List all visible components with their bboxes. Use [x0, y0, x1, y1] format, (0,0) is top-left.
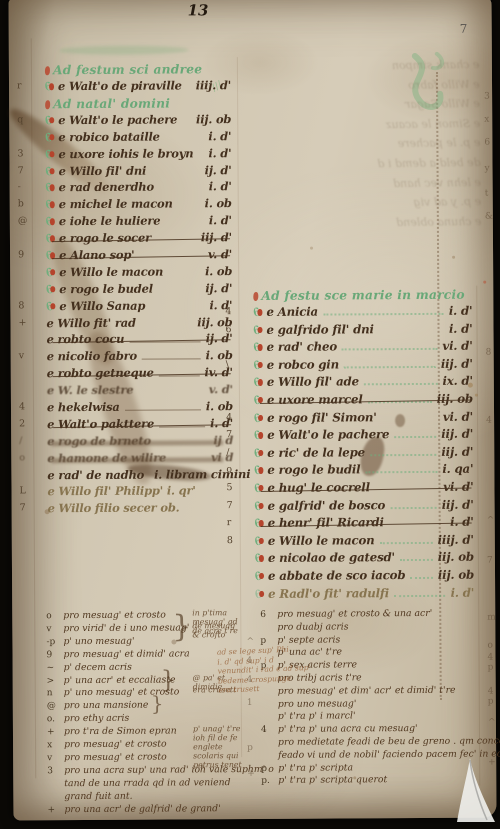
rent-amount: iij. ob [196, 112, 231, 126]
rent-entry-row: +e Willo fit' radiij. ob [46, 315, 232, 333]
memorandum-row: @pro una mansione [47, 699, 247, 713]
tenant-name: e W. le slestre [47, 383, 134, 398]
rent-list-left-column: Ad festum sci andreer∂e Walt'o de piravi… [45, 61, 234, 518]
rent-entry-row: b∂e michel le maconi. ob [46, 196, 232, 214]
edge-tally-mark: ^ [488, 718, 496, 728]
memorandum-row: +pro t'ra de Simon epranp' unag' t're io… [47, 725, 247, 739]
leader-line [129, 342, 200, 343]
red-dot-ornament [258, 467, 263, 474]
rent-entry-row: ve nicolio fabroi. ob [47, 348, 233, 366]
memorandum-mark: > [47, 675, 60, 688]
tenant-name: e hamone de wilire [47, 450, 166, 465]
rent-entry-row: 5∂e hug' le cocrellvi. d' [254, 480, 473, 499]
red-dot-ornament [50, 286, 55, 293]
manuscript-page: e chank simpone Willo fabroe Willo Sagar… [8, 0, 496, 820]
edge-tally-mark: ^ [487, 516, 495, 526]
margin-tally-mark: o [19, 452, 43, 463]
tenant-name: e Alano sop' [59, 248, 134, 262]
margin-tally-mark: 4 [226, 412, 250, 423]
edge-tally-mark: 3 [484, 92, 490, 102]
memorandum-wrap-line: tand de una rrada qd in ad veniend grand… [47, 777, 247, 804]
rent-entry-row: 4e hekelwisai. ob [47, 399, 233, 417]
tenant-name: e Willo filio secer ob. [48, 501, 180, 516]
memorandum-row: vpro virid' de i uno mesuag'de mesuag' &… [46, 622, 246, 636]
paraph-initial-icon: ∂ [255, 569, 268, 584]
leader-line [410, 577, 432, 579]
rent-amount: i. qa' [442, 462, 473, 476]
memorandum-row: +pro una acr' de galfrid' de grand' [47, 803, 247, 817]
leader-line [380, 542, 433, 544]
memorandum-mark: o. [47, 713, 60, 726]
gutter-tally-mark: 4 [247, 656, 253, 666]
memorandum-mark: o [46, 610, 59, 623]
rent-amount: vi. d' [443, 480, 473, 494]
rent-entry-row: ∂e Willo le maconi. ob [46, 264, 232, 282]
leader-line [142, 359, 201, 360]
tenant-name: e Anicia [266, 305, 318, 319]
margin-tally-mark: - [18, 182, 42, 193]
rent-entry-row: ∂e robico bataillei. d' [45, 129, 231, 147]
margin-tally-mark: r [227, 517, 251, 528]
memorandum-mark: 6 [260, 609, 273, 622]
tenant-name: e Radl'o fit' radulfi [268, 586, 389, 601]
tenant-name: e rogo fil' Simon' [267, 410, 377, 425]
paraph-initial-icon: ∂ [254, 340, 267, 355]
red-dot-ornament [50, 303, 55, 310]
paraph-initial-icon: ∂ [45, 113, 58, 128]
paraph-initial-icon: ∂ [254, 481, 267, 496]
tenant-name: e Willo fit' rad [46, 315, 135, 330]
margin-tally-mark: L [19, 486, 43, 497]
memorandum-row: vpro mesuag' et crosto [47, 751, 247, 765]
tenant-name: e rad' de nadho [47, 467, 144, 482]
memorandum-mark: + [47, 726, 60, 739]
red-dot-ornament [259, 590, 264, 597]
tenant-name: e Willo fil' dni [59, 163, 147, 178]
green-flourish-bleedthrough [401, 52, 457, 122]
rent-entry-row: 7e Willo filio secer ob. [48, 500, 234, 518]
leader-line [365, 471, 437, 473]
red-dot-ornament [49, 83, 54, 90]
rent-amount: i. d' [209, 180, 232, 194]
memorandum-mark: -p [46, 636, 59, 649]
margin-tally-mark: 5 [226, 482, 250, 493]
tenant-name: e ric' de la lepe [267, 445, 365, 460]
red-dot-ornament [258, 485, 263, 492]
rent-entry-row: ∂e abbate de sco iacobiij. ob [255, 568, 474, 587]
tenant-name: e hekelwisa [47, 400, 120, 414]
edge-tally-mark: 4 p [487, 653, 495, 673]
rent-amount: i. d' [449, 321, 473, 335]
marginal-scribbles: ad se lege sup' Phii. d' qd sup' i dvenu… [217, 642, 359, 696]
margin-tally-mark: @ [18, 216, 42, 227]
rent-entry-row: 8∂e Willo le maconiiij. d' [255, 532, 474, 551]
rent-entry-row: oe hamone de wilirevi d [47, 450, 233, 468]
red-dot-ornament [258, 415, 263, 422]
memoranda-left-column: opro mesuag' et crostoin p'tima mesuag' … [46, 609, 247, 817]
showthrough-line: e p. y ad vig [303, 192, 481, 214]
memorandum-text: pro duabj acris [277, 621, 348, 634]
memorandum-text: pro uno mesuag' [278, 698, 357, 711]
memorandum-text: pro medietate feadi de beu de greno . qm… [278, 735, 500, 750]
showthrough-line: de beld a demd i d [303, 153, 481, 175]
rent-amount: i. d' [449, 304, 473, 318]
edge-tally-mark: m [487, 613, 496, 623]
red-dot-ornament [258, 432, 263, 439]
memorandum-mark: @ [47, 701, 60, 714]
rent-amount: iij. ob [438, 550, 474, 564]
rent-entry-row: 7∂e Willo fil' dniij. d' [46, 163, 232, 181]
memorandum-text: pro ethy acris [64, 713, 129, 726]
rent-amount: i. d' [208, 146, 231, 160]
memorandum-text: pro mesuag' et crosto & una acr' [277, 608, 432, 622]
paraph-initial-icon: ∂ [45, 130, 58, 145]
tenant-name: e hug' le cocrell [267, 480, 369, 495]
rent-amount: iij. d' [201, 230, 232, 244]
tenant-name: e nicolio fabro [47, 349, 137, 364]
red-dot-ornament [50, 218, 55, 225]
leader-line [125, 409, 201, 410]
tenant-name: e galfrid' de bosco [268, 498, 386, 513]
red-dot-ornament [258, 327, 263, 334]
memorandum-mark [261, 711, 274, 724]
memorandum-mark [261, 750, 274, 763]
tenant-name: e Willo Sanap [59, 298, 145, 313]
memorandum-text: pro una acr' de galfrid' de grand' [64, 803, 220, 817]
showthrough-line: e chuna oblend [303, 212, 481, 234]
rent-entry-row: e robto getnequeiv. d' [47, 365, 233, 383]
rent-entry-row: 7∂e Walt'o le pachereiij. d' [254, 427, 473, 446]
rent-entry-row: /e rogo de brnetoij d [47, 433, 233, 451]
margin-tally-mark: o [226, 464, 250, 475]
tenant-name: e robico bataille [58, 129, 160, 144]
memorandum-text: p' t'ra p' scripta querot [278, 775, 387, 788]
paraph-initial-icon: ∂ [46, 231, 59, 246]
red-dot-ornament [50, 269, 55, 276]
margin-tally-mark: 4 [19, 401, 43, 412]
paraph-initial-icon: ∂ [253, 305, 266, 320]
memorandum-mark: n [47, 688, 60, 701]
margin-tally-mark: / [226, 447, 250, 458]
edge-tally-mark: & [485, 212, 493, 222]
rent-amount: vi. d' [442, 339, 472, 353]
paraph-initial-icon: ∂ [46, 164, 59, 179]
rent-entry-row: 3∂e uxore iohis le broyni. d' [45, 146, 231, 164]
rent-amount: ij. d' [205, 163, 232, 177]
rent-entry-row: \∂e robco giniij. d' [254, 356, 473, 375]
leader-line [400, 559, 433, 561]
edge-tally-mark: 4 [486, 416, 492, 426]
curly-brace-flourish-1: } [172, 609, 191, 644]
rent-entry-row: ∂e nicolao de gatesd'iij. ob [255, 550, 474, 569]
margin-tally-mark: 7 [20, 503, 44, 514]
margin-tally-mark: \ [226, 359, 250, 370]
memorandum-text: p' una acr' et eccaliaste [64, 674, 176, 688]
rent-amount: v. d' [208, 247, 232, 261]
paraph-initial-icon: ∂ [254, 428, 267, 443]
memorandum-mark: v [46, 623, 59, 636]
rent-entry-row: ∂e Willo fil' adeix. d' [254, 374, 473, 393]
memorandum-text: p' t'ra p' i marcl' [278, 711, 356, 724]
memorandum-mark: p. [261, 775, 274, 788]
tenant-name: e rogo le socer [59, 231, 151, 246]
rent-entry-row: q∂e Walt'o le pachereiij. ob [45, 112, 231, 130]
margin-tally-mark: 8 [227, 535, 251, 546]
gutter-tally-mark: + [247, 769, 255, 779]
paraph-initial-icon: ∂ [255, 498, 268, 513]
leader-line [368, 401, 432, 403]
edge-tally-mark: 6 [484, 138, 490, 148]
red-dot-ornament [49, 134, 54, 141]
red-dot-ornament [258, 362, 263, 369]
margin-tally-mark: 7 [18, 165, 42, 176]
red-dot-ornament [259, 502, 264, 509]
rent-entry-row: ∂e uxore marceliij. ob [254, 392, 473, 411]
paraph-initial-icon: ∂ [255, 534, 268, 549]
leader-line [344, 366, 436, 369]
tenant-name: e galfrido fil' dni [266, 322, 373, 337]
paraph-initial-icon: ∂ [254, 393, 267, 408]
rent-entry-row: 4∂e rogo fil' Simon'vi. d' [254, 409, 473, 428]
memorandum-text: pro una acra sup' una rad' ioh vale suph… [64, 764, 274, 778]
memorandum-mark [260, 622, 273, 635]
showthrough-line: e chank simpon [301, 55, 479, 77]
red-dot-ornament [257, 309, 262, 316]
tenant-name: e rogo le budil [267, 463, 360, 478]
memorandum-mark: 3 [47, 765, 60, 778]
tenant-name: e rad denerdho [59, 180, 154, 195]
memorandum-row: xpro mesuag' et crosto [47, 738, 247, 752]
memorandum-mark: p [261, 762, 274, 775]
tenant-name: e iohe le huliere [59, 214, 161, 229]
paraph-initial-icon: ∂ [254, 375, 267, 390]
edge-tally-mark: 8 [486, 348, 492, 358]
tenant-name: e Walt'o de piraville [58, 78, 182, 93]
red-dot-ornament [258, 379, 263, 386]
tenant-name: e Willo fil' Philipp' i. qr' [47, 484, 195, 499]
memorandum-row: np' uno mesuag' et crostoera crusett [47, 686, 247, 700]
leader-line [342, 348, 437, 351]
paraph-initial-icon: ∂ [254, 463, 267, 478]
paraph-initial-icon: ∂ [254, 358, 267, 373]
rent-entry-row: 6∂e galfrido fil' dnii. d' [253, 321, 472, 340]
tenant-name: e michel le macon [59, 197, 173, 212]
memorandum-mark: x [47, 739, 60, 752]
rent-amount: i. d' [451, 585, 475, 599]
showthrough-line: e Willo fabro [302, 75, 480, 97]
margin-tally-mark: / [19, 435, 43, 446]
season-heading: Ad festum sci andree [45, 61, 231, 79]
verso-showthrough-lines: e chank simpone Willo fabroe Willo Sagar… [301, 55, 481, 234]
rent-entry-row: 8∂e Willo Sanapi. d' [46, 298, 232, 316]
rent-amount: i. ob [205, 264, 232, 278]
paraph-initial-icon: ∂ [46, 198, 59, 213]
showthrough-line: e Willo Sagar [302, 94, 480, 116]
margin-tally-mark: 2 [19, 418, 43, 429]
leader-line [394, 594, 446, 596]
margin-tally-mark: 3 [17, 148, 41, 159]
memorandum-text: pro mesuag' et crosto [63, 610, 166, 624]
memorandum-text: p' t'ra p' scripta [278, 762, 353, 775]
paraph-initial-icon: ∂ [46, 214, 59, 229]
rent-entry-row: ∂e rogo le budelij. d' [46, 281, 232, 299]
tenant-name: e rogo le budel [59, 281, 153, 296]
margin-tally-mark: 7 [227, 500, 251, 511]
margin-tally-mark: 9 [18, 249, 42, 260]
red-dot-ornament [50, 168, 55, 175]
margin-tally-mark: + [18, 317, 42, 328]
rent-amount: iij. d' [441, 444, 473, 458]
memorandum-mark: v [47, 752, 60, 765]
season-heading: Ad natal' domini [45, 95, 231, 113]
rent-entry-row: -∂e rad denerdhoi. d' [46, 180, 232, 198]
rent-entry-row: 9∂e Alano sop'v. d' [46, 247, 232, 265]
rent-entry-row: 2e Walt'o paktterei. d' [47, 416, 233, 434]
red-dot-ornament [50, 202, 55, 209]
paraph-initial-icon: ∂ [255, 551, 268, 566]
rent-entry-row: e rad' de nadhoi. libram cimini [47, 467, 233, 485]
memorandum-row: 3pro una acra sup' una rad' ioh vale sup… [47, 764, 247, 778]
paraph-initial-icon: ∂ [45, 147, 58, 162]
tenant-name: e abbate de sco iacob [268, 568, 405, 583]
paraph-initial-icon: ∂ [254, 446, 267, 461]
leader-line [159, 376, 200, 377]
red-dot-ornament [50, 185, 55, 192]
margin-tally-mark: 4 [225, 306, 249, 317]
rent-amount: iiij. d' [438, 532, 474, 546]
red-dot-ornament [259, 573, 264, 580]
rent-amount: iij. d' [441, 427, 473, 441]
showthrough-line: e Simon le acauz [302, 114, 480, 136]
rent-amount: i. d' [209, 213, 232, 227]
rent-entry-row: ∂e rogo le soceriij. d' [46, 230, 232, 248]
rent-amount: v. d' [209, 382, 233, 396]
rent-amount: iiij. d' [196, 78, 231, 92]
curly-brace-flourish-3: } [151, 692, 164, 716]
gutter-tally-mark: 1 [247, 698, 253, 708]
margin-tally-mark: q [17, 114, 41, 125]
paraph-initial-icon: ∂ [254, 410, 267, 425]
leader-line [159, 426, 205, 427]
red-dot-ornament [258, 450, 263, 457]
rent-entry-row: 4∂e Aniciai. d' [253, 304, 472, 323]
tenant-name: e Walt'o le pachere [58, 112, 177, 127]
tenant-name: e rad' cheo [267, 340, 337, 354]
curly-brace-flourish-2: } [161, 665, 176, 693]
tenant-name: e Willo fil' ade [267, 375, 359, 390]
gutter-tally-mark: p [247, 743, 253, 753]
red-dot-ornament [50, 235, 55, 242]
edge-tally-mark: x [484, 115, 489, 125]
page-holder-wedge [449, 758, 495, 822]
folio-number-7: 7 [460, 22, 468, 36]
memorandum-mark [261, 737, 274, 750]
red-dot-ornament [49, 117, 54, 124]
paraph-initial-icon: ∂ [255, 586, 268, 601]
rent-amount: iij. ob [437, 392, 473, 406]
paraph-initial-icon: ∂ [46, 299, 59, 314]
paraph-initial-icon: ∂ [255, 516, 268, 531]
tenant-name: e robto getneque [47, 366, 154, 381]
tenant-name: e Willo le macon [59, 264, 163, 279]
red-dot-ornament [258, 344, 263, 351]
tenant-name: e robto cocu [47, 332, 125, 346]
rent-entry-row: Le Willo fil' Philipp' i. qr' [47, 484, 233, 502]
rent-entry-row: /∂e ric' de la lepeiij. d' [254, 444, 473, 463]
memorandum-text: p' t'ra p' una acra cu mesuag' [278, 723, 418, 737]
memorandum-mark: 9 [46, 649, 59, 662]
memorandum-mark [261, 698, 274, 711]
rent-entry-row: r∂e henr' fil' Ricardii. d' [255, 515, 474, 534]
leader-line [394, 436, 436, 438]
margin-tally-mark: r [17, 80, 41, 91]
rent-entry-row: ∂e rad' cheovi. d' [254, 339, 473, 358]
red-dot-ornament [49, 151, 54, 158]
tenant-name: e Walt'o le pachere [267, 427, 389, 442]
paraph-initial-icon: ∂ [46, 248, 59, 263]
paraph-initial-icon: ∂ [46, 181, 59, 196]
margin-tally-mark: 8 [18, 300, 42, 311]
paraph-initial-icon: ∂ [253, 323, 266, 338]
tenant-name: e uxore iohis le broyn [58, 146, 193, 161]
memorandum-text: pro virid' de i uno mesuag' [63, 622, 189, 636]
season-heading: Ad festu sce marie in marcio [253, 287, 472, 305]
rent-amount: iij. ob [438, 568, 474, 582]
edge-tally-mark: o [487, 641, 492, 651]
rent-amount: ij. d' [205, 281, 232, 295]
rent-amount: iij. d' [441, 356, 473, 370]
paraph-initial-icon: ∂ [46, 282, 59, 297]
red-dot-ornament [50, 252, 55, 259]
tenant-name: e henr' fil' Ricardi [268, 515, 384, 530]
page-number-13: 13 [188, 1, 209, 19]
memorandum-mark: ~ [47, 662, 60, 675]
tenant-name: e uxore marcel [267, 392, 363, 407]
margin-tally-mark: 7 [226, 429, 250, 440]
edge-tally-mark: 4 p [488, 687, 496, 707]
leader-line [390, 506, 436, 508]
tenant-name: e Willo le macon [268, 533, 375, 548]
paraph-initial-icon: ∂ [45, 79, 58, 94]
paraph-initial-icon: ∂ [46, 265, 59, 280]
gutter-tally-mark: ^ [246, 637, 254, 647]
rent-amount: iij. d' [442, 497, 474, 511]
memorandum-text: pro una mansione [64, 700, 149, 713]
rent-entry-row: 7∂e galfrid' de boscoiij. d' [255, 497, 474, 516]
rent-entry-row: @∂e iohe le hulierei. d' [46, 213, 232, 231]
rent-entry-row: o∂e rogo le budili. qa' [254, 462, 473, 481]
red-dot-ornament [259, 520, 264, 527]
memorandum-text: p' uno mesuag' [63, 636, 134, 649]
green-offset-smear-top [59, 45, 189, 55]
gutter-tally-mark: 4 [247, 675, 253, 685]
memorandum-mark: + [47, 804, 60, 817]
showthrough-line: e p. le pachere [302, 133, 480, 155]
margin-tally-mark: v [19, 351, 43, 362]
rent-entry-row: ∂e Radl'o fit' radulfii. d' [255, 585, 474, 604]
showthrough-line: e lehn vec hand [303, 173, 481, 195]
rent-amount: vi. d' [443, 409, 473, 423]
memorandum-text: pro mesuag' et dimid' acra [63, 648, 189, 662]
memorandum-text: pro mesuag' et crosto [64, 739, 167, 753]
rent-entry-row: e robto cocuij. d' [47, 332, 233, 350]
memorandum-text: p' decem acris [64, 661, 132, 674]
rent-amount: i. d' [208, 129, 231, 143]
memorandum-text: pro mesuag' et crosto [64, 751, 167, 765]
red-dot-ornament [259, 555, 264, 562]
margin-tally-mark: b [18, 199, 42, 210]
photo-backdrop: e chank simpone Willo fabroe Willo Sagar… [0, 0, 500, 829]
